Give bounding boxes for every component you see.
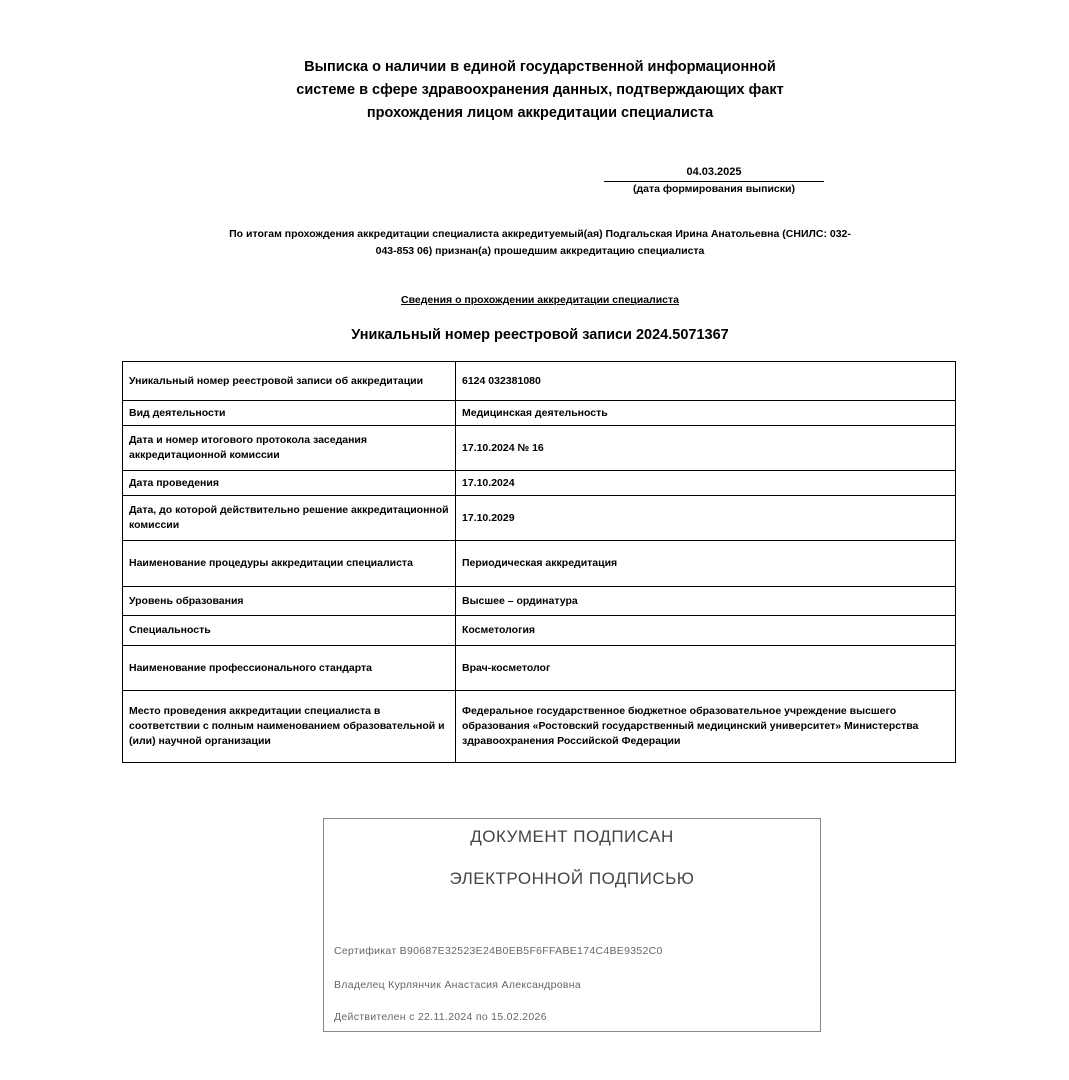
issue-date-block: 04.03.2025 (дата формирования выписки)	[604, 165, 824, 197]
section-heading: Сведения о прохождении аккредитации спец…	[300, 294, 780, 306]
title-line-3: прохождения лицом аккредитации специалис…	[200, 102, 880, 125]
table-row: Дата, до которой действительно решение а…	[123, 496, 956, 541]
document-title: Выписка о наличии в единой государственн…	[200, 56, 880, 125]
electronic-signature-stamp: ДОКУМЕНТ ПОДПИСАН ЭЛЕКТРОННОЙ ПОДПИСЬЮ С…	[323, 818, 821, 1032]
row-value: Медицинская деятельность	[456, 401, 956, 426]
stamp-certificate: Сертификат B90687E32523E24B0EB5F6FFABE17…	[334, 945, 663, 957]
table-row: Дата проведения 17.10.2024	[123, 471, 956, 496]
stamp-owner: Владелец Курлянчик Анастасия Александров…	[334, 979, 581, 991]
accreditation-table: Уникальный номер реестровой записи об ак…	[122, 361, 956, 763]
table-row: Вид деятельности Медицинская деятельност…	[123, 401, 956, 426]
row-label: Наименование процедуры аккредитации спец…	[123, 541, 456, 587]
title-line-1: Выписка о наличии в единой государственн…	[200, 56, 880, 79]
registry-number-heading: Уникальный номер реестровой записи 2024.…	[240, 327, 840, 343]
intro-line-2: 043-853 06) признан(а) прошедшим аккреди…	[122, 243, 958, 260]
row-value: 17.10.2024	[456, 471, 956, 496]
row-value: 17.10.2029	[456, 496, 956, 541]
row-label: Специальность	[123, 616, 456, 646]
table-row: Уникальный номер реестровой записи об ак…	[123, 362, 956, 401]
row-value: 17.10.2024 № 16	[456, 426, 956, 471]
intro-line-1: По итогам прохождения аккредитации специ…	[122, 226, 958, 243]
row-value: Косметология	[456, 616, 956, 646]
table-row: Наименование профессионального стандарта…	[123, 646, 956, 691]
row-label: Уровень образования	[123, 587, 456, 616]
title-line-2: системе в сфере здравоохранения данных, …	[200, 79, 880, 102]
stamp-title-line-2: ЭЛЕКТРОННОЙ ПОДПИСЬЮ	[324, 869, 820, 889]
row-value: 6124 032381080	[456, 362, 956, 401]
row-value: Врач-косметолог	[456, 646, 956, 691]
table-row: Наименование процедуры аккредитации спец…	[123, 541, 956, 587]
table-row: Уровень образования Высшее – ординатура	[123, 587, 956, 616]
table-row: Специальность Косметология	[123, 616, 956, 646]
row-label: Дата и номер итогового протокола заседан…	[123, 426, 456, 471]
row-label: Место проведения аккредитации специалист…	[123, 691, 456, 763]
table-row: Дата и номер итогового протокола заседан…	[123, 426, 956, 471]
row-label: Уникальный номер реестровой записи об ак…	[123, 362, 456, 401]
row-label: Дата проведения	[123, 471, 456, 496]
stamp-validity: Действителен с 22.11.2024 по 15.02.2026	[334, 1011, 547, 1023]
row-value: Периодическая аккредитация	[456, 541, 956, 587]
stamp-title-line-1: ДОКУМЕНТ ПОДПИСАН	[324, 827, 820, 847]
intro-paragraph: По итогам прохождения аккредитации специ…	[122, 226, 958, 260]
row-value: Федеральное государственное бюджетное об…	[456, 691, 956, 763]
row-label: Вид деятельности	[123, 401, 456, 426]
issue-date-caption: (дата формирования выписки)	[604, 182, 824, 197]
issue-date: 04.03.2025	[604, 165, 824, 182]
row-value: Высшее – ординатура	[456, 587, 956, 616]
row-label: Наименование профессионального стандарта	[123, 646, 456, 691]
row-label: Дата, до которой действительно решение а…	[123, 496, 456, 541]
table-row: Место проведения аккредитации специалист…	[123, 691, 956, 763]
